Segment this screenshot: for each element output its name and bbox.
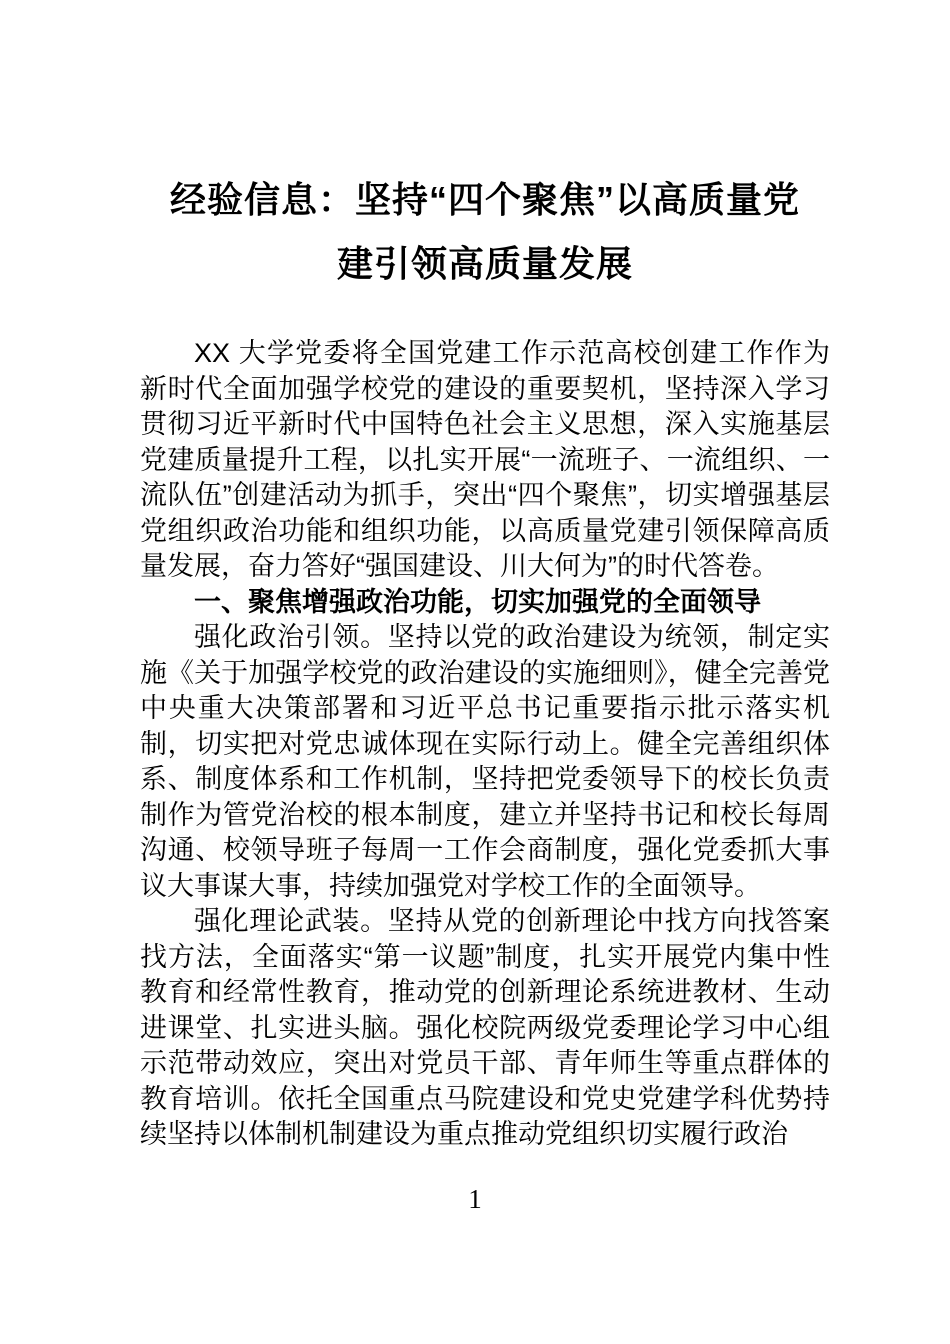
section-heading: 一、聚焦增强政治功能，切实加强党的全面领导 xyxy=(140,585,830,621)
paragraph: 强化理论武装。坚持从党的创新理论中找方向找答案找方法，全面落实“第一议题”制度，… xyxy=(140,904,830,1153)
title-line-1: 经验信息：坚持“四个聚焦”以高质量党 xyxy=(140,168,830,232)
document-page: 经验信息：坚持“四个聚焦”以高质量党 建引领高质量发展 XX 大学党委将全国党建… xyxy=(0,0,950,1344)
document-title: 经验信息：坚持“四个聚焦”以高质量党 建引领高质量发展 xyxy=(140,168,830,296)
paragraph: 强化政治引领。坚持以党的政治建设为统领，制定实施《关于加强学校党的政治建设的实施… xyxy=(140,620,830,904)
page-number: 1 xyxy=(0,1184,950,1215)
document-body: XX 大学党委将全国党建工作示范高校创建工作作为新时代全面加强学校党的建设的重要… xyxy=(140,336,830,1192)
paragraph: XX 大学党委将全国党建工作示范高校创建工作作为新时代全面加强学校党的建设的重要… xyxy=(140,336,830,585)
title-line-2: 建引领高质量发展 xyxy=(140,232,830,296)
